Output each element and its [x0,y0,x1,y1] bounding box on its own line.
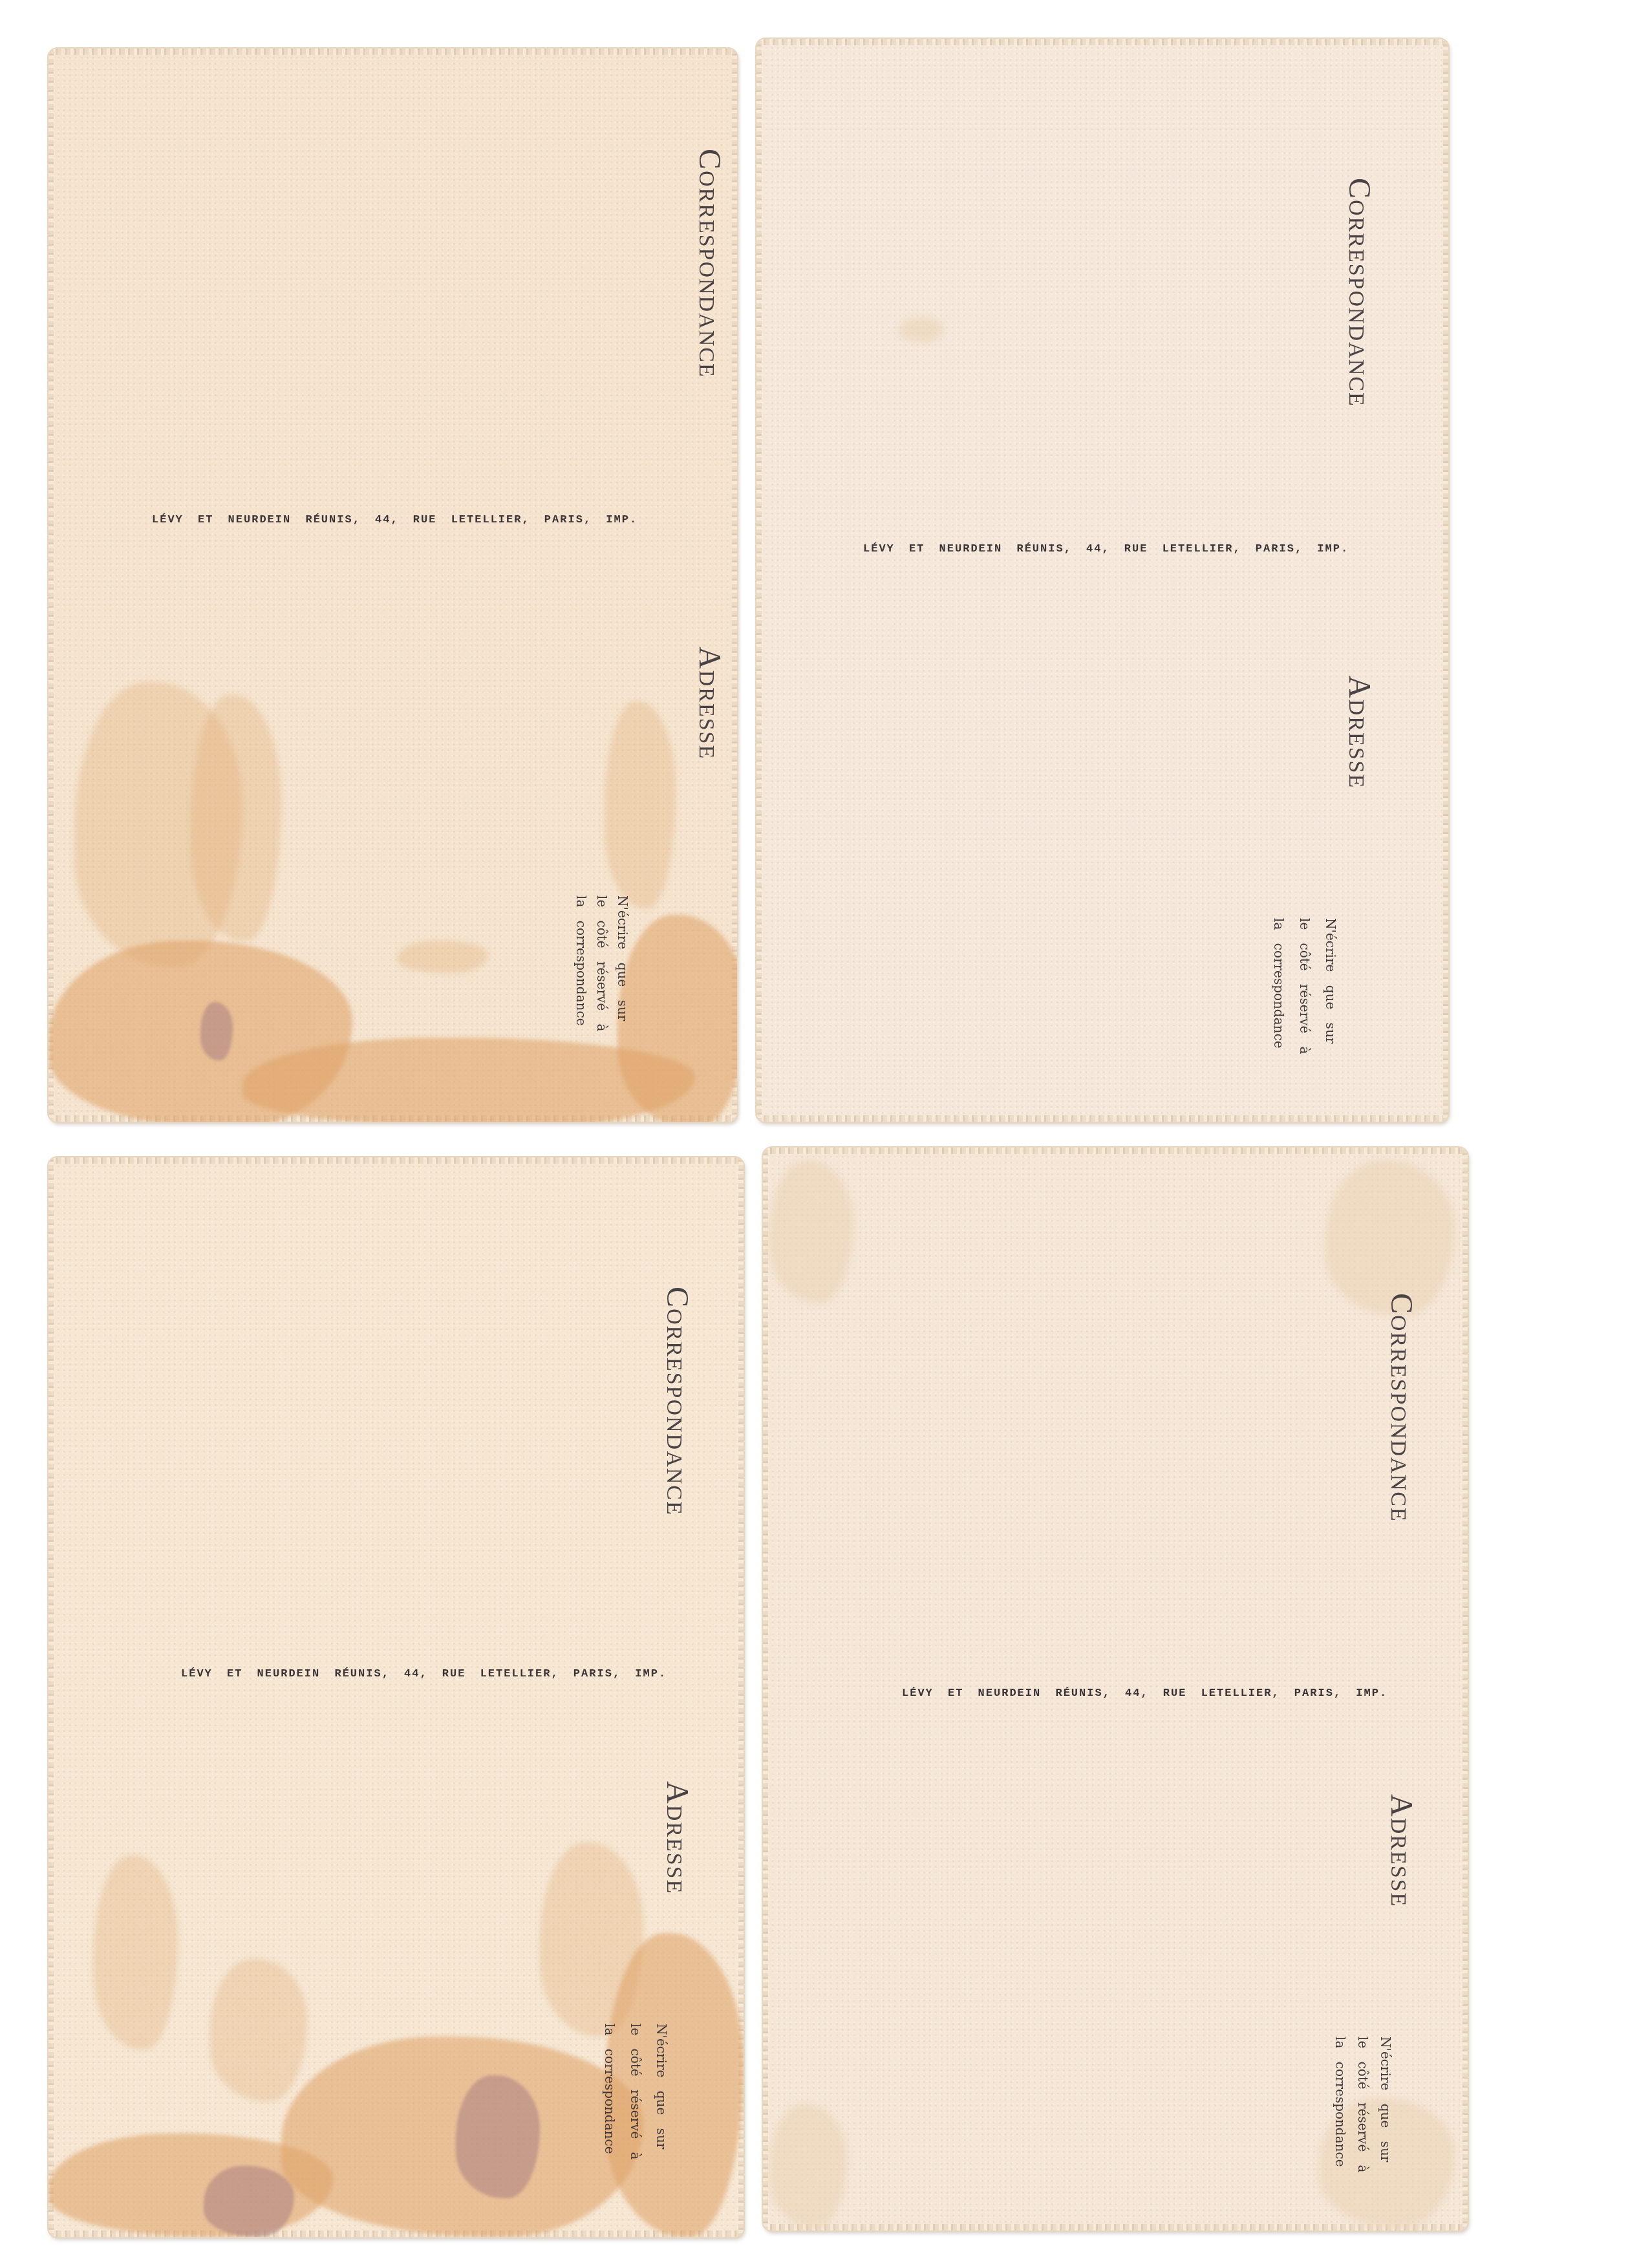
instruction-line-2: le côté réservé à [628,2024,643,2160]
instruction-line-2: le côté réservé à [1355,2037,1371,2173]
corner-mark [769,2104,847,2227]
water-stain [204,2166,294,2237]
correspondance-label: Correspondance [1384,1293,1419,1523]
postcard-back-1: Correspondance LÉVY ET NEURDEIN RÉUNIS, … [48,48,737,1122]
adresse-label: Adresse [1384,1794,1419,1907]
corner-mark [769,1161,853,1303]
water-stain [210,1959,307,2101]
instruction-line-2: le côté réservé à [1297,918,1312,1054]
deckled-edge [48,1115,737,1122]
water-stain [74,682,242,967]
deckled-edge [738,1157,744,2237]
printer-imprint: LÉVY ET NEURDEIN RÉUNIS, 44, RUE LETELLI… [863,543,1349,555]
deckled-edge [763,2224,1468,2231]
water-stain [94,1856,178,2049]
instruction-line-2: le côté réservé à [594,895,610,1032]
instruction-line-3: la correspondance [602,2024,617,2154]
deckled-edge [763,1148,1468,1154]
adresse-label: Adresse [659,1781,695,1894]
correspondance-label: Correspondance [1342,178,1377,407]
water-stain [191,695,281,941]
water-stain [242,1038,695,1122]
water-stain [200,1002,233,1060]
water-stain [48,2134,333,2237]
postcard-back-4: Correspondance LÉVY ET NEURDEIN RÉUNIS, … [763,1148,1468,2231]
deckled-edge [48,1157,744,1164]
printer-imprint: LÉVY ET NEURDEIN RÉUNIS, 44, RUE LETELLI… [152,514,637,526]
deckled-edge [48,1157,54,2237]
deckled-edge [48,2231,744,2237]
deckled-edge [732,48,737,1122]
deckled-edge [756,39,762,1122]
postcard-back-2: Correspondance LÉVY ET NEURDEIN RÉUNIS, … [756,39,1448,1122]
instruction-line-1: N'écrire que sur [1378,2037,1393,2162]
instruction-line-1: N'écrire que sur [654,2024,669,2149]
water-stain [605,1933,744,2237]
postcard-back-3: Correspondance LÉVY ET NEURDEIN RÉUNIS, … [48,1157,744,2237]
water-stain [540,1843,643,2037]
instruction-line-3: la correspondance [1271,918,1287,1049]
adresse-label: Adresse [1342,676,1377,789]
printer-imprint: LÉVY ET NEURDEIN RÉUNIS, 44, RUE LETELLI… [902,1687,1387,1700]
faint-mark [899,317,944,343]
deckled-edge [756,1115,1448,1122]
correspondance-label: Correspondance [659,1287,695,1516]
corner-mark [1325,1161,1455,1316]
water-stain [605,701,676,908]
water-stain [617,915,737,1122]
deckled-edge [1462,1148,1468,2231]
deckled-edge [756,39,1448,45]
correspondance-label: Correspondance [692,149,727,378]
instruction-line-1: N'écrire que sur [1323,918,1338,1043]
deckled-edge [48,48,737,55]
deckled-edge [763,1148,768,2231]
water-stain [398,941,488,973]
deckled-edge [1443,39,1448,1122]
water-stain [456,2075,540,2198]
instruction-line-3: la correspondance [1333,2037,1348,2167]
instruction-line-1: N'écrire que sur [615,895,630,1021]
deckled-edge [48,48,54,1122]
adresse-label: Adresse [692,647,727,760]
instruction-line-3: la correspondance [573,895,589,1026]
printer-imprint: LÉVY ET NEURDEIN RÉUNIS, 44, RUE LETELLI… [181,1668,667,1680]
water-stain [281,2037,643,2237]
water-stain [48,941,352,1122]
